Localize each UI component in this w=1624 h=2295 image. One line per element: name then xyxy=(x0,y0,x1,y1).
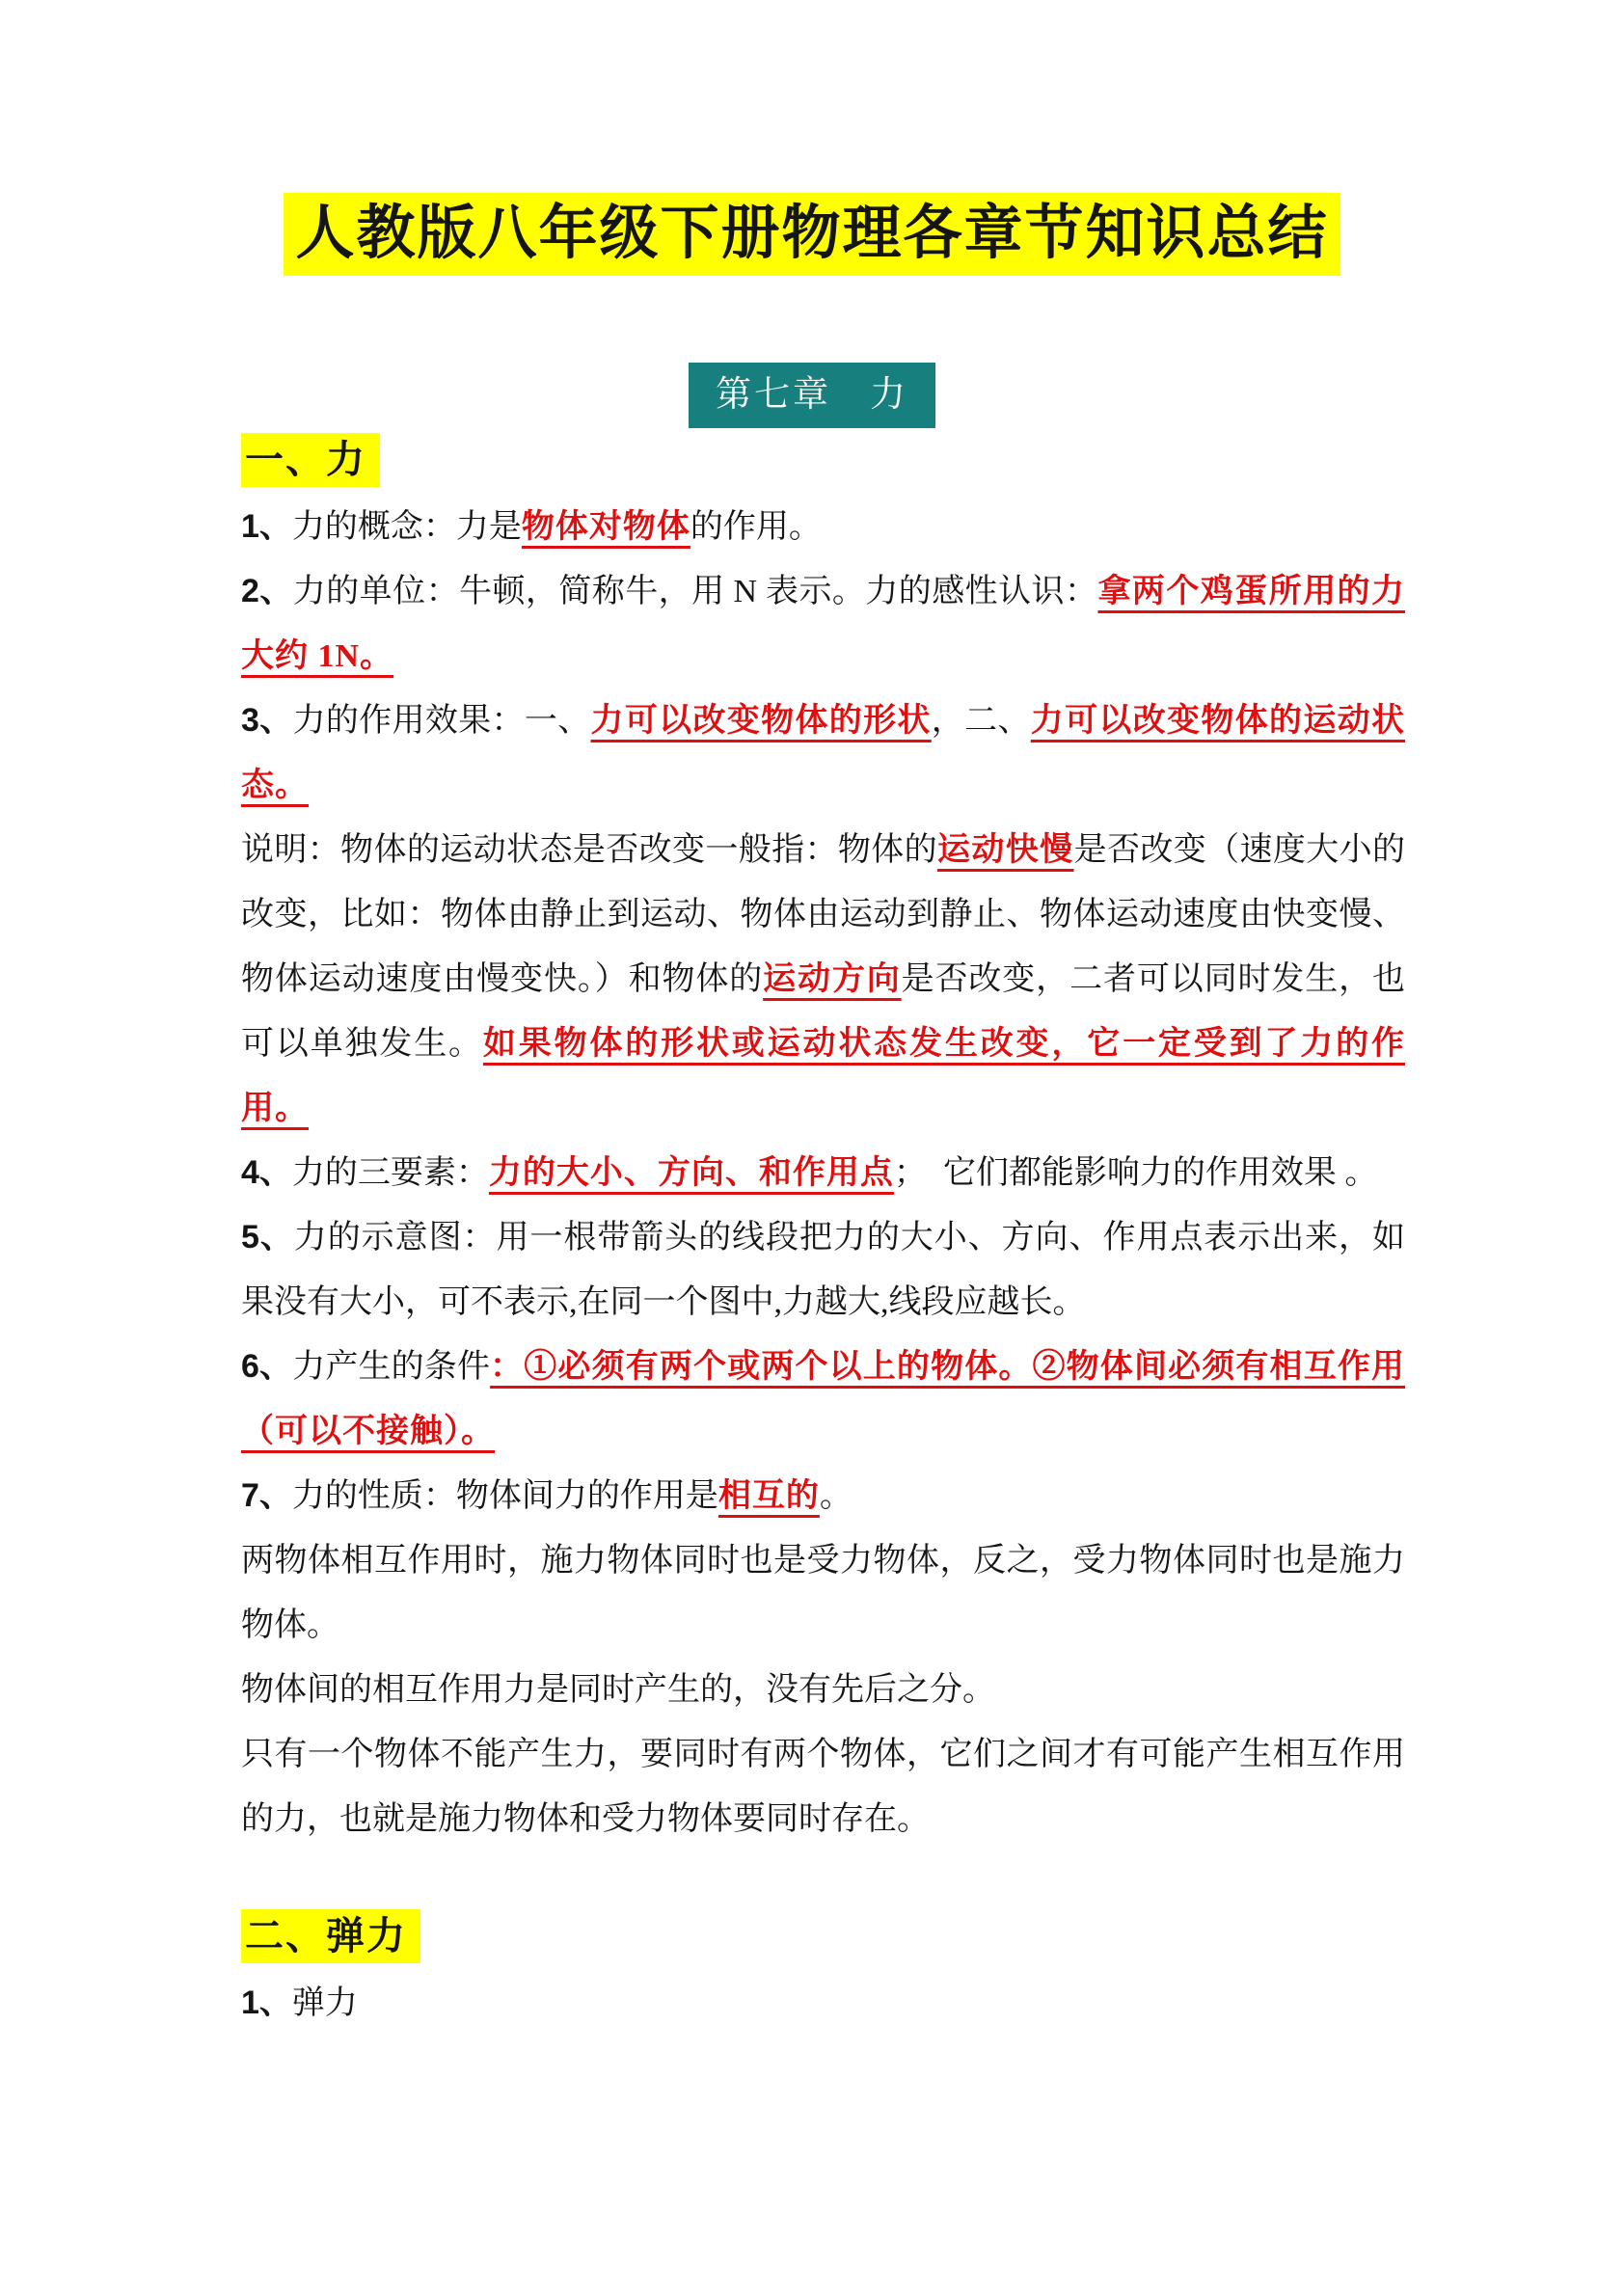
body-text: 力的性质：物体间力的作用是 xyxy=(292,1478,718,1514)
document-title-text: 人教版八年级下册物理各章节知识总结 xyxy=(284,193,1340,276)
body-text: 弹力 xyxy=(292,1985,358,2021)
body-text: 。 xyxy=(820,1478,853,1514)
body-text: 只有一个物体不能产生力，要同时有两个物体，它们之间才有可能产生相互作用的力，也就… xyxy=(241,1737,1405,1837)
emphasis-text: 力的大小、方向、和作用点 xyxy=(489,1155,894,1191)
emphasis-text: 力可以改变物体的形状 xyxy=(591,703,932,739)
chapter-heading-text: 第七章 力 xyxy=(689,363,935,428)
document-title: 人教版八年级下册物理各章节知识总结 xyxy=(0,0,1624,276)
body-text: 2、 xyxy=(241,573,293,609)
body-text: 力的概念：力是 xyxy=(292,509,522,545)
body-text: 力产生的条件 xyxy=(292,1349,490,1385)
emphasis-text: 相互的 xyxy=(718,1478,820,1514)
paragraph: 物体间的相互作用力是同时产生的，没有先后之分。 xyxy=(241,1658,1405,1722)
paragraph: 说明：物体的运动状态是否改变一般指：物体的运动快慢是否改变（速度大小的改变，比如… xyxy=(241,818,1405,1141)
body-text: 力的示意图：用一根带箭头的线段把力的大小、方向、作用点表示出来，如果没有大小，可… xyxy=(241,1220,1405,1320)
paragraph: 1、弹力 xyxy=(241,1971,1405,2036)
body-text: 力的单位：牛顿，简称牛，用 N 表示。力的感性认识： xyxy=(293,574,1098,609)
document-page: 人教版八年级下册物理各章节知识总结 第七章 力 一、力1、力的概念：力是物体对物… xyxy=(0,0,1624,2295)
body-text: 3、 xyxy=(241,702,293,739)
body-text: 说明：物体的运动状态是否改变一般指：物体的 xyxy=(241,832,937,868)
body-text: 5、 xyxy=(241,1219,294,1255)
paragraph: 7、力的性质：物体间力的作用是相互的。 xyxy=(241,1464,1405,1528)
section-1: 一、力1、力的概念：力是物体对物体的作用。2、力的单位：牛顿，简称牛，用 N 表… xyxy=(241,428,1405,1851)
emphasis-text: 运动方向 xyxy=(763,961,902,997)
paragraph: 3、力的作用效果：一、力可以改变物体的形状，二、力可以改变物体的运动状态。 xyxy=(241,688,1405,818)
paragraph: 1、力的概念：力是物体对物体的作用。 xyxy=(241,495,1405,559)
section-heading-text: 一、力 xyxy=(241,433,380,487)
body-text: 6、 xyxy=(241,1348,292,1385)
body-text: 7、 xyxy=(241,1477,292,1514)
body-text: 4、 xyxy=(241,1154,292,1191)
paragraph: 5、力的示意图：用一根带箭头的线段把力的大小、方向、作用点表示出来，如果没有大小… xyxy=(241,1205,1405,1335)
body-text: ，二、 xyxy=(932,703,1031,739)
paragraph: 2、力的单位：牛顿，简称牛，用 N 表示。力的感性认识：拿两个鸡蛋所用的力大约 … xyxy=(241,559,1405,688)
body-text: 物体间的相互作用力是同时产生的，没有先后之分。 xyxy=(241,1672,995,1708)
section-heading: 一、力 xyxy=(241,428,1405,495)
document-body: 一、力1、力的概念：力是物体对物体的作用。2、力的单位：牛顿，简称牛，用 N 表… xyxy=(241,428,1405,2036)
chapter-heading: 第七章 力 xyxy=(0,363,1624,428)
section-heading-text: 二、弹力 xyxy=(241,1909,420,1963)
body-text: 的作用。 xyxy=(690,509,822,545)
section-2: 二、弹力1、弹力 xyxy=(241,1904,1405,2036)
paragraph: 6、力产生的条件：①必须有两个或两个以上的物体。②物体间必须有相互作用（可以不接… xyxy=(241,1335,1405,1464)
emphasis-text: 物体对物体 xyxy=(522,509,690,545)
body-text: 1、 xyxy=(241,508,292,545)
body-text: 力的三要素： xyxy=(292,1155,489,1191)
body-text: ； 它们都能影响力的作用效果 。 xyxy=(894,1155,1378,1191)
body-text: 力的作用效果：一、 xyxy=(293,703,591,739)
emphasis-text: 运动快慢 xyxy=(937,832,1074,868)
paragraph: 两物体相互作用时，施力物体同时也是受力物体，反之，受力物体同时也是施力物体。 xyxy=(241,1528,1405,1658)
body-text: 两物体相互作用时，施力物体同时也是受力物体，反之，受力物体同时也是施力物体。 xyxy=(241,1543,1405,1643)
paragraph: 只有一个物体不能产生力，要同时有两个物体，它们之间才有可能产生相互作用的力，也就… xyxy=(241,1722,1405,1851)
body-text: 1、 xyxy=(241,1984,292,2021)
section-heading: 二、弹力 xyxy=(241,1904,1405,1971)
paragraph: 4、力的三要素：力的大小、方向、和作用点； 它们都能影响力的作用效果 。 xyxy=(241,1141,1405,1205)
